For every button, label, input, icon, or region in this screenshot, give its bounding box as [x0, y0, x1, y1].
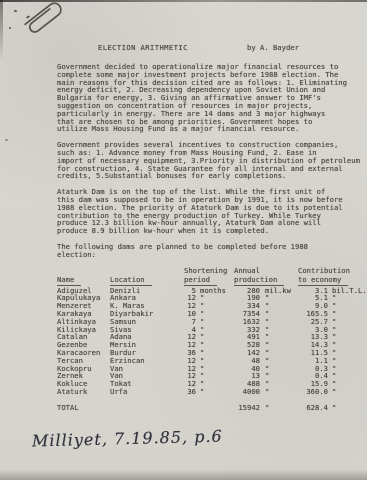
- handwritten-source-note: Milliyet, 7.19.85, p.6: [32, 427, 223, 451]
- scan-edge-bottom: [0, 469, 367, 480]
- dam-period-unit: ": [200, 318, 232, 326]
- table-row: Ataturk Urfa 36" 4000" 360.0": [57, 388, 366, 396]
- column-header-contribution: Contribution: [298, 267, 366, 275]
- dam-production-unit: ": [265, 333, 295, 341]
- paragraph-incentives: Government provides several incentives t…: [57, 141, 363, 180]
- dam-contribution-unit: ": [332, 365, 366, 373]
- column-header-shortening: Shortening: [184, 267, 234, 275]
- column-header-period: period: [184, 275, 217, 286]
- total-contribution-unit: ": [332, 404, 366, 412]
- dam-period-unit: ": [200, 302, 232, 310]
- dam-production-unit: ": [265, 341, 295, 349]
- dam-production-unit: ": [265, 388, 295, 396]
- total-production-unit: ": [265, 404, 295, 412]
- scanned-page: ELECTION ARITHMETIC by A. Bayder Governm…: [0, 0, 367, 480]
- dam-contribution-unit: ": [332, 333, 366, 341]
- paragraph-ataturk-dam: Ataturk Dam is on the top of the list. W…: [57, 188, 363, 235]
- dam-production-unit: mil.kw: [265, 287, 295, 295]
- dam-contribution-unit: ": [332, 372, 366, 380]
- column-header-economy: to economy: [298, 275, 348, 286]
- column-header-annual: Annual: [234, 267, 298, 275]
- dam-production-unit: ": [265, 357, 295, 365]
- byline: by A. Bayder: [247, 44, 299, 52]
- dam-contribution-unit: ": [332, 380, 366, 388]
- dam-contribution-unit: ": [332, 294, 366, 302]
- dam-period-unit: ": [200, 372, 232, 380]
- dam-contribution-unit: ": [332, 349, 366, 357]
- dam-production-unit: ": [265, 365, 295, 373]
- column-header-production: production: [234, 275, 284, 286]
- ink-speck: [5, 139, 8, 141]
- scan-edge-left: [0, 0, 3, 60]
- dam-period-unit: ": [200, 365, 232, 373]
- dam-period-unit: ": [200, 349, 232, 357]
- dam-production-unit: ": [265, 294, 295, 302]
- paperclip-icon: [15, 0, 72, 44]
- dam-production-unit: ": [265, 372, 295, 380]
- dam-production-unit: ": [265, 380, 295, 388]
- total-row: TOTAL 15942" 628.4": [57, 396, 366, 412]
- dam-production-unit: ": [265, 326, 295, 334]
- paragraph-table-intro: The following dams are planned to be com…: [57, 243, 363, 259]
- total-production-value: 15942: [234, 404, 260, 412]
- dam-contribution-unit: ": [332, 302, 366, 310]
- dam-period-unit: ": [200, 294, 232, 302]
- dam-period-unit: ": [200, 333, 232, 341]
- page-title: ELECTION ARITHMETIC: [98, 44, 188, 52]
- dam-contribution-unit: ": [332, 326, 366, 334]
- dam-contribution-unit: bil.T.L.: [332, 287, 366, 295]
- dam-contribution-unit: ": [332, 341, 366, 349]
- dam-period-unit: ": [200, 357, 232, 365]
- dam-table-body: Adiguzel Denizli 5months 280mil.kw 3.1bi…: [57, 284, 366, 396]
- dams-table: Shortening Annual Contribution Name Loca…: [57, 267, 366, 412]
- dam-period-unit: ": [200, 326, 232, 334]
- title-row: ELECTION ARITHMETIC by A. Bayder: [57, 44, 363, 54]
- dam-production-unit: ": [265, 318, 295, 326]
- dam-contribution-unit: ": [332, 318, 366, 326]
- table-header-top: Shortening Annual Contribution: [57, 267, 366, 275]
- dams-table-wrap: Shortening Annual Contribution Name Loca…: [57, 267, 363, 412]
- dam-name: Ataturk: [57, 388, 110, 396]
- dam-period-value: 36: [184, 388, 196, 396]
- dam-production-unit: ": [265, 302, 295, 310]
- dam-period-unit: ": [200, 310, 232, 318]
- dam-period-unit: ": [200, 341, 232, 349]
- dam-contribution-unit: ": [332, 357, 366, 365]
- dam-period-unit: months: [200, 287, 232, 295]
- dam-period-unit: ": [200, 380, 232, 388]
- ink-speck: [9, 27, 11, 29]
- dam-period-unit: ": [200, 388, 232, 396]
- column-header-location: Location: [110, 275, 152, 286]
- paragraph-intro: Government decided to operationalize maj…: [57, 63, 363, 133]
- dam-production-value: 4000: [234, 388, 260, 396]
- table-header-bottom: Name Location period production to econo…: [57, 275, 366, 284]
- typewritten-content: ELECTION ARITHMETIC by A. Bayder Governm…: [57, 44, 363, 411]
- ink-speck: [14, 10, 18, 13]
- dam-production-unit: ": [265, 349, 295, 357]
- dam-contribution-value: 360.0: [298, 388, 328, 396]
- total-label: TOTAL: [57, 396, 110, 412]
- dam-contribution-unit: ": [332, 310, 366, 318]
- dam-contribution-unit: ": [332, 388, 366, 396]
- total-contribution-value: 628.4: [298, 404, 328, 412]
- dam-location: Urfa: [110, 388, 184, 396]
- dam-production-unit: ": [265, 310, 295, 318]
- column-header-name: Name: [57, 275, 81, 286]
